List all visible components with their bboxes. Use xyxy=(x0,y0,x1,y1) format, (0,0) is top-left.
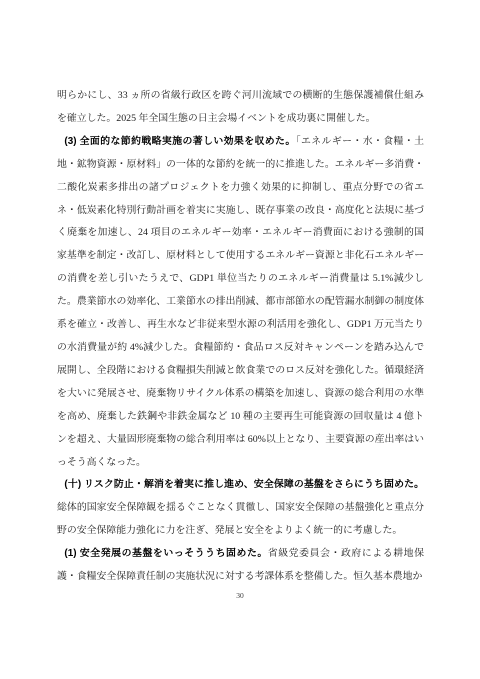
paragraph-section-3: (3) 全面的な節約戦略実施の著しい効果を収めた。「エネルギー・水・食糧・土地・… xyxy=(57,131,424,475)
paragraph-section-1: (1) 安全発展の基盤をいっそううち固めた。省級党委員会・政府による耕地保護・食… xyxy=(57,543,424,589)
section-heading: (十) リスク防止・解消を着実に推し進め、安全保障の基盤をさらにうち固めた。 xyxy=(64,479,424,490)
paragraph-continuation: 明らかにし、33 ヵ所の省級行政区を跨ぐ河川流域での横断的生態保護補償仕組みを確… xyxy=(57,85,424,131)
paragraph-text: 総体的国家安全保障観を揺るぐことなく貫徹し、国家安全保障の基盤強化と重点分野の安… xyxy=(57,502,424,536)
document-page: 明らかにし、33 ヵ所の省級行政区を跨ぐ河川流域での横断的生態保護補償仕組みを確… xyxy=(0,0,480,679)
section-heading: (1) 安全発展の基盤をいっそううち固めた。 xyxy=(64,548,267,559)
paragraph-text: 「エネルギー・水・食糧・土地・鉱物資源・原材料」の一体的な節約を統一的に推進した… xyxy=(57,136,424,468)
paragraph-section-10: (十) リスク防止・解消を着実に推し進め、安全保障の基盤をさらにうち固めた。総体… xyxy=(57,474,424,543)
paragraph-text: 明らかにし、33 ヵ所の省級行政区を跨ぐ河川流域での横断的生態保護補償仕組みを確… xyxy=(57,90,424,124)
page-number: 30 xyxy=(0,591,480,600)
document-text-block: 明らかにし、33 ヵ所の省級行政区を跨ぐ河川流域での横断的生態保護補償仕組みを確… xyxy=(57,85,424,589)
section-heading: (3) 全面的な節約戦略実施の著しい効果を収めた。 xyxy=(64,136,295,147)
